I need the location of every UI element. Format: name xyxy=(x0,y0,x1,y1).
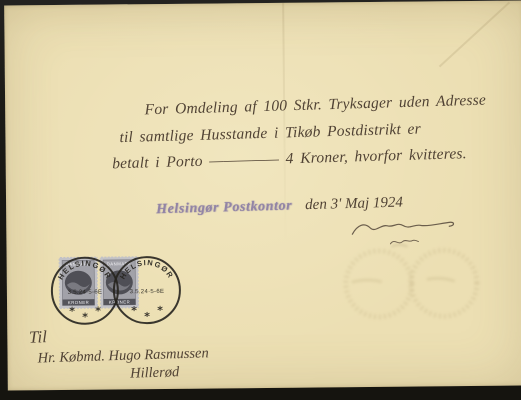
postmark-star: * xyxy=(69,305,75,318)
handwritten-date: den 3' Maj 1924 xyxy=(305,195,403,214)
postmark-star: * xyxy=(157,304,163,317)
postmark-star: * xyxy=(95,305,101,318)
recipient-address: Til Hr. Købmd. Hugo Rasmussen Hillerød xyxy=(25,321,267,386)
postmark-star: * xyxy=(82,311,88,324)
paper-crease-diagonal xyxy=(439,2,510,68)
handwritten-body: For Omdeling af 100 Stkr. Tryksager uden… xyxy=(108,87,520,178)
address-city: Hillerød xyxy=(130,361,266,382)
document-paper: For Omdeling af 100 Stkr. Tryksager uden… xyxy=(4,1,521,391)
postmark-ghost-impression xyxy=(331,241,502,328)
stamp-value-label: KRONER xyxy=(109,300,130,305)
postmark-date: 3.5.24·5-6E xyxy=(68,290,103,296)
postmark-date: 3.5.24·5-6E xyxy=(130,289,165,295)
scanned-document-photo: { "document": { "body_lines": [ "For Omd… xyxy=(0,0,521,400)
office-rubber-stamp: Helsingør Postkontor xyxy=(156,199,292,218)
postmark-star: * xyxy=(131,304,137,317)
postmark-star: * xyxy=(144,310,150,323)
